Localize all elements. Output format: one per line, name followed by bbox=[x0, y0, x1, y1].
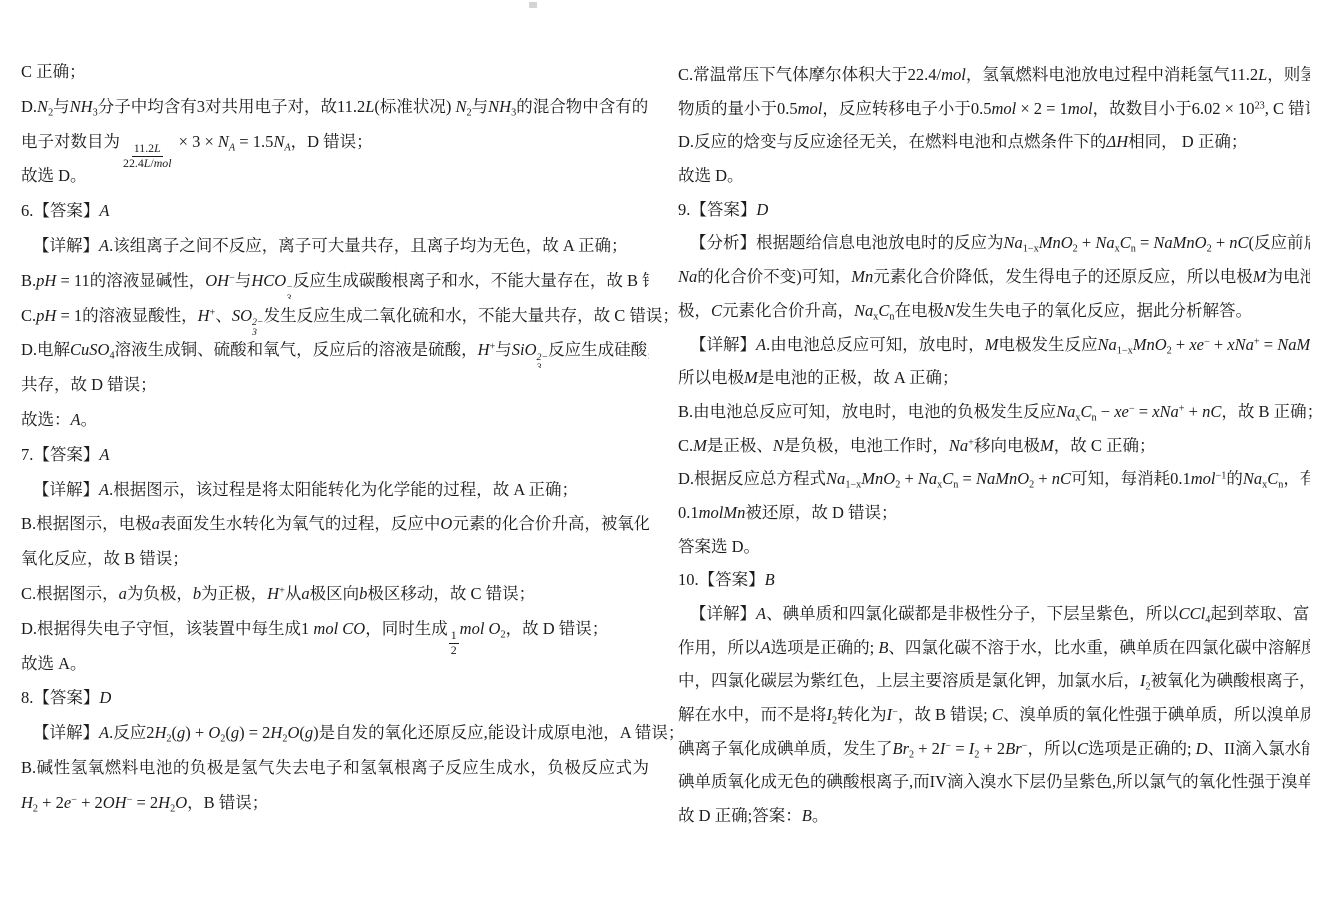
text-line: 9.【答案】D bbox=[678, 193, 1310, 227]
text-line: C 正确； bbox=[21, 55, 649, 90]
left-column: C 正确；D.N2与NH3分子中均含有3对共用电子对，故11.2L(标准状况) … bbox=[21, 55, 649, 821]
text-line: C.M是正极、N是负极，电池工作时，Na+移向电极M，故 C 正确； bbox=[678, 429, 1310, 463]
text-line: 【分析】根据题给信息电池放电时的反应为Na1−xMnO2 + NaxCn = N… bbox=[678, 226, 1310, 260]
text-line: 故选 D。 bbox=[21, 159, 649, 194]
text-line: 作用，所以A选项是正确的; B、四氯化碳不溶于水，比水重，碘单质在四氯化碳中溶解… bbox=[678, 631, 1310, 665]
text-line: B.碱性氢氧燃料电池的负极是氢气失去电子和氢氧根离子反应生成水，负极反应式为 bbox=[21, 751, 649, 786]
text-line: B.根据图示，电极a表面发生水转化为氧气的过程，反应中O元素的化合价升高，被氧化… bbox=[21, 507, 649, 542]
right-column: C.常温常压下气体摩尔体积大于22.4/mol，氢氧燃料电池放电过程中消耗氢气1… bbox=[678, 58, 1310, 833]
text-line: D.N2与NH3分子中均含有3对共用电子对，故11.2L(标准状况) N2与NH… bbox=[21, 90, 649, 125]
text-line: 【详解】A.该组离子之间不反应，离子可大量共存，且离子均为无色，故 A 正确； bbox=[21, 229, 649, 264]
text-line: Na的化合价不变)可知，Mn元素化合价降低，发生得电子的还原反应，所以电极M为电… bbox=[678, 260, 1310, 294]
text-line: D.电解CuSO4溶液生成铜、硫酸和氧气，反应后的溶液是硫酸，H+与SiO2−3… bbox=[21, 333, 649, 368]
text-line: 【详解】A、碘单质和四氯化碳都是非极性分子，下层呈紫色，所以CCl4起到萃取、富… bbox=[678, 597, 1310, 631]
text-line: 电子对数目为11.2L22.4L/mol × 3 × NA = 1.5NA，D … bbox=[21, 125, 649, 160]
text-line: 碘单质氧化成无色的碘酸根离子,而IV滴入溴水下层仍呈紫色,所以氯气的氧化性强于溴… bbox=[678, 765, 1310, 799]
document-page: { "page": { "background": "#ffffff", "te… bbox=[0, 0, 1331, 900]
text-line: 所以电极M是电池的正极，故 A 正确； bbox=[678, 361, 1310, 395]
text-line: H2 + 2e− + 2OH− = 2H2O，B 错误； bbox=[21, 786, 649, 821]
text-line: 【详解】A.由电池总反应可知，放电时，M电极发生反应Na1−xMnO2 + xe… bbox=[678, 328, 1310, 362]
text-line: 极，C元素化合价升高，NaxCn在电极N发生失电子的氧化反应，据此分析解答。 bbox=[678, 294, 1310, 328]
text-line: D.根据得失电子守恒，该装置中每生成1 mol CO，同时生成12mol O2，… bbox=[21, 612, 649, 647]
text-line: 8.【答案】D bbox=[21, 681, 649, 716]
text-line: C.常温常压下气体摩尔体积大于22.4/mol，氢氧燃料电池放电过程中消耗氢气1… bbox=[678, 58, 1310, 92]
answer-sheet-page: C 正确；D.N2与NH3分子中均含有3对共用电子对，故11.2L(标准状况) … bbox=[0, 0, 1331, 900]
text-line: C.pH = 1的溶液显酸性，H+、SO2−3发生反应生成二氧化硫和水，不能大量… bbox=[21, 299, 649, 334]
text-line: 【详解】A.根据图示，该过程是将太阳能转化为化学能的过程，故 A 正确； bbox=[21, 473, 649, 508]
text-line: 解在水中，而不是将I2转化为I−，故 B 错误; C、溴单质的氧化性强于碘单质，… bbox=[678, 698, 1310, 732]
text-line: 10.【答案】B bbox=[678, 563, 1310, 597]
text-line: D.根据反应总方程式Na1−xMnO2 + NaxCn = NaMnO2 + n… bbox=[678, 462, 1310, 496]
text-line: 7.【答案】A bbox=[21, 438, 649, 473]
text-line: 0.1molMn被还原，故 D 错误； bbox=[678, 496, 1310, 530]
text-line: 6.【答案】A bbox=[21, 194, 649, 229]
text-line: 故 D 正确;答案：B。 bbox=[678, 799, 1310, 833]
text-line: 共存，故 D 错误； bbox=[21, 368, 649, 403]
text-line: 故选：A。 bbox=[21, 403, 649, 438]
text-line: C.根据图示，a为负极，b为正极，H+从a极区向b极区移动，故 C 错误； bbox=[21, 577, 649, 612]
text-line: 氧化反应，故 B 错误； bbox=[21, 542, 649, 577]
text-line: B.pH = 11的溶液显碱性，OH−与HCO−3反应生成碳酸根离子和水，不能大… bbox=[21, 264, 649, 299]
text-line: 故选 D。 bbox=[678, 159, 1310, 193]
text-line: 答案选 D。 bbox=[678, 530, 1310, 564]
text-line: D.反应的焓变与反应途径无关，在燃料电池和点燃条件下的ΔH相同， D 正确； bbox=[678, 125, 1310, 159]
text-line: 物质的量小于0.5mol，反应转移电子小于0.5mol × 2 = 1mol，故… bbox=[678, 92, 1310, 126]
text-line: 故选 A。 bbox=[21, 647, 649, 682]
text-line: B.由电池总反应可知，放电时，电池的负极发生反应NaxCn − xe− = xN… bbox=[678, 395, 1310, 429]
text-line: 【详解】A.反应2H2(g) + O2(g) = 2H2O(g)是自发的氧化还原… bbox=[21, 716, 649, 751]
text-line: 碘离子氧化成碘单质，发生了Br2 + 2I− = I2 + 2Br−，所以C选项… bbox=[678, 732, 1310, 766]
scan-artifact bbox=[529, 2, 537, 8]
text-line: 中，四氯化碳层为紫红色，上层主要溶质是氯化钾，加氯水后，I2被氧化为碘酸根离子，… bbox=[678, 664, 1310, 698]
